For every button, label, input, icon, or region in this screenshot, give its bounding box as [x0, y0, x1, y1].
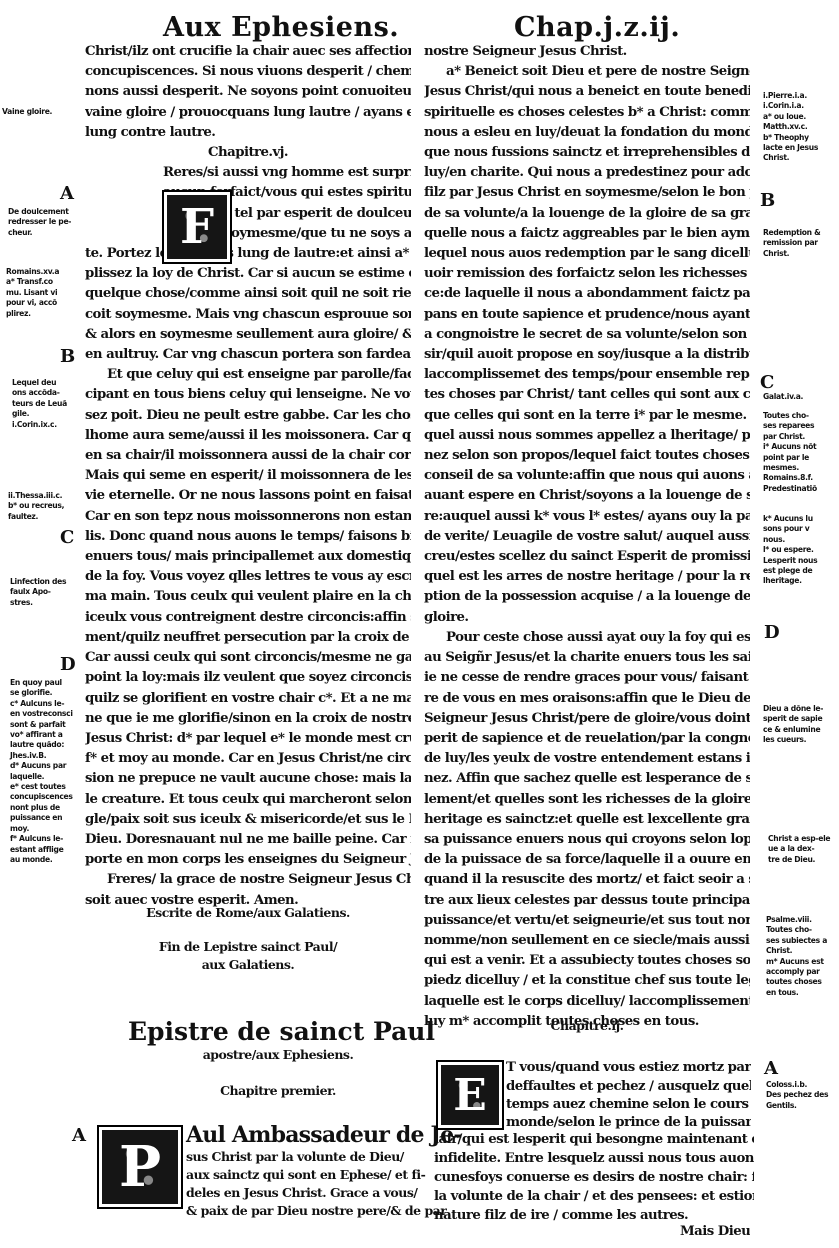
section-marker-d: D: [60, 654, 76, 675]
text-line: nous a esleu en luy/deuat la fondation d…: [424, 123, 750, 143]
text-line: temps auez chemine selon le cours de ce: [506, 1096, 751, 1114]
text-line: quand il la resuscite des mortz/ et faic…: [424, 870, 750, 890]
text-line: Jesus Christ: d* par lequel e* le monde …: [85, 729, 411, 749]
text-line: infidelite. Entre lesquelz aussi nous to…: [434, 1149, 754, 1168]
text-line: coit soymesme. Mais vng chascun esprouue…: [85, 305, 411, 325]
margin-note-romains: Romains.xv.aa* Transf.comu. Lisant vipou…: [6, 267, 59, 319]
dropcap-p-illuminated: P: [97, 1125, 183, 1209]
dropcap-letter: P: [119, 1134, 161, 1200]
text-line: aux sainctz qui sont en Ephese/ et fi-: [186, 1166, 421, 1184]
text-line: gloire.: [424, 608, 750, 628]
chapter-heading-premier: Chapitre premier.: [128, 1082, 428, 1100]
section-marker-c: C: [760, 372, 774, 393]
section-marker-a: A: [764, 1058, 778, 1079]
text-line: sir/quil auoit propose en soy/iusque a l…: [424, 345, 750, 365]
text-line: T vous/quand vous estiez mortz par voz: [506, 1058, 751, 1078]
text-line: vaine gloire / prouocquans lung lautre /…: [85, 103, 411, 123]
text-line: sion ne prepuce ne vault aucune chose: m…: [85, 769, 411, 789]
chapter-heading-ij: Chapitre.ij.: [424, 1017, 750, 1035]
running-head-left: Aux Ephesiens.: [163, 12, 399, 43]
text-line: laquelle est le corps dicelluy/ laccompl…: [424, 992, 750, 1012]
colophon-end-galatians-2: aux Galatiens.: [85, 956, 411, 974]
text-line: lequel nous auos redemption par le sang …: [424, 244, 750, 264]
text-line: nez selon son propos/lequel faict toutes…: [424, 446, 750, 466]
text-line: quelque chose/comme ainsi soit quil ne s…: [85, 284, 411, 304]
colophon-end-galatians: Fin de Lepistre sainct Paul/: [85, 938, 411, 956]
text-line: ne que ie me glorifie/sinon en la croix …: [85, 709, 411, 729]
text-line: de sa volunte/a la louenge de la gloire …: [424, 204, 750, 224]
text-line: quilz se glorifient en vostre chair c*. …: [85, 689, 411, 709]
section-marker-c: C: [60, 527, 74, 548]
epistle-subtitle: apostre/aux Ephesiens.: [128, 1046, 428, 1064]
text-line: Freres/ la grace de nostre Seigneur Jesu…: [85, 870, 411, 890]
text-line: lis. Donc quand nous auons le temps/ fai…: [85, 527, 411, 547]
text-line: conseil de sa volunte:affin que nous qui…: [424, 466, 750, 486]
text-line: nez. Affin que sachez quelle est lespera…: [424, 769, 750, 789]
text-line: cunesfoys conuerse es desirs de nostre c…: [434, 1168, 754, 1187]
text-line: Jesus Christ/qui nous a beneict en toute…: [424, 82, 750, 102]
text-line: a* Beneict soit Dieu et pere de nostre S…: [424, 62, 750, 82]
section-marker-a: A: [60, 183, 74, 204]
text-line: Reres/si aussi vng homme est surprins en: [163, 163, 411, 183]
text-line: pans en toute sapience et prudence/nous …: [424, 305, 750, 325]
text-line: a congnoistre le secret de sa volunte/se…: [424, 325, 750, 345]
text-line: re de vous en mes oraisons:affin que le …: [424, 689, 750, 709]
margin-note-galat: Galat.iv.a.: [763, 392, 803, 402]
right-column: nostre Seigneur Jesus Christ. a* Beneict…: [424, 42, 750, 1032]
text-line: que celles qui sont en la terre i* par l…: [424, 406, 750, 426]
text-line: tre aux lieux celestes par dessus toute …: [424, 891, 750, 911]
text-line: de verite/ Leuagile de vostre salut/ auq…: [424, 527, 750, 547]
text-line: quel aussi nous sommes appellez a lherit…: [424, 426, 750, 446]
text-line: la volunte de la chair / et des pensees:…: [434, 1187, 754, 1206]
text-line: de la puissace de sa force/laquelle il a…: [424, 850, 750, 870]
margin-note-aucuns-lisons: k* Aucuns lusons pour vnous.l* ou espere…: [763, 514, 817, 587]
margin-note-linfection: Linfection desfaulx Apo-stres.: [10, 577, 66, 608]
margin-note-vaine-gloire: Vaine gloire.: [2, 107, 52, 117]
margin-note-psalme: Psalme.viii.Toutes cho-ses subiectes aCh…: [766, 915, 827, 998]
text-line: enuers tous/ mais principallemet aux dom…: [85, 547, 411, 567]
opening-line-large: Aul Ambassadeur de Je-: [186, 1122, 462, 1148]
dropcap-f-illuminated: F: [162, 190, 232, 264]
text-line: porte en mon corps les enseignes du Seig…: [85, 850, 411, 870]
catchword: Mais Dieu: [680, 1222, 750, 1242]
text-line: luy/en charite. Qui nous a predestinez p…: [424, 163, 750, 183]
text-line: creu/estes scellez du sainct Esperit de …: [424, 547, 750, 567]
text-line: en aultruy. Car vng chascun portera son …: [85, 345, 411, 365]
section-marker-b: B: [760, 190, 775, 211]
text-line: ma main. Tous ceulx qui veulent plaire e…: [85, 587, 411, 607]
section-marker-d: D: [764, 622, 780, 643]
text-line: deffaultes et pechez / ausquelz quelque: [506, 1078, 751, 1096]
text-line: que nous fussions sainctz et irreprehens…: [424, 143, 750, 163]
section-marker-a2: A: [72, 1125, 86, 1146]
text-line: perit de sapience et de reuelation/par l…: [424, 729, 750, 749]
text-line: nomme/non seullement en ce siecle/mais a…: [424, 931, 750, 951]
text-line: piedz dicelluy / et la constitue chef su…: [424, 971, 750, 991]
text-line: gle/paix soit sus iceulx & misericorde/e…: [85, 810, 411, 830]
text-line: nostre Seigneur Jesus Christ.: [424, 42, 750, 62]
left-column: Christ/ilz ont crucifie la chair auec se…: [85, 42, 411, 911]
text-line: le creature. Et tous ceulx qui marcheron…: [85, 790, 411, 810]
text-line: Seigneur Jesus Christ/pere de gloire/vou…: [424, 709, 750, 729]
margin-note-en-quoy: En quoy paulse glorifie.c* Aulcuns le-en…: [10, 678, 73, 865]
text-line: quel est les arres de nostre heritage / …: [424, 567, 750, 587]
margin-note-thessa: ii.Thessa.iii.c.b* ou recreus,faultez.: [8, 491, 64, 522]
text-line: lair/qui est lesperit qui besongne maint…: [434, 1130, 754, 1149]
text-line: concupiscences. Si nous viuons desperit …: [85, 62, 411, 82]
margin-note-dieu-a-donne: Dieu a dõne le-sperit de sapiece & enlum…: [763, 704, 823, 746]
text-line: sa puissance enuers nous qui croyons sel…: [424, 830, 750, 850]
text-line: Car aussi ceulx qui sont circoncis/mesme…: [85, 648, 411, 668]
text-line: Car en son tepz nous moissonnerons non e…: [85, 507, 411, 527]
text-line: filz par Jesus Christ en soymesme/selon …: [424, 183, 750, 203]
dropcap-letter: F: [180, 199, 214, 255]
text-line: au Seigñr Jesus/et la charite enuers tou…: [424, 648, 750, 668]
text-line: de la foy. Vous voyez qlles lettres te v…: [85, 567, 411, 587]
text-line: Christ/ilz ont crucifie la chair auec se…: [85, 42, 411, 62]
colophon-written-from-rome: Escrite de Rome/aux Galatiens.: [85, 904, 411, 922]
text-line: Dieu. Doresnauant nul ne me baille peine…: [85, 830, 411, 850]
text-line: ment/quilz neuffret persecution par la c…: [85, 628, 411, 648]
text-line: iceulx vous contreignent destre circonci…: [85, 608, 411, 628]
text-line: Et que celuy qui est enseigne par paroll…: [85, 365, 411, 385]
text-line: spirituelle es choses celestes b* a Chri…: [424, 103, 750, 123]
text-line: auant espere en Christ/soyons a la louen…: [424, 486, 750, 506]
margin-note-coloss: Coloss.i.b.Des pechez desGentils.: [766, 1080, 828, 1111]
text-line: plissez la loy de Christ. Car si aucun s…: [85, 264, 411, 284]
margin-note-toutes-choses: Toutes cho-ses repareespar Christ.i* Auc…: [763, 411, 817, 494]
text-line: & alors en soymesme seullement aura gloi…: [85, 325, 411, 345]
text-line: deles en Jesus Christ. Grace a vous/: [186, 1184, 421, 1202]
text-line: de luy/les yeulx de vostre entendement e…: [424, 749, 750, 769]
margin-note-pierre: i.Pierre.i.a.i.Corin.i.a.a* ou loue.Matt…: [763, 91, 818, 164]
margin-note-doulcement: De doulcementredresser le pe-cheur.: [8, 207, 71, 238]
dropcap-letter: E: [453, 1070, 487, 1121]
text-line: point la loy:mais ilz veulent que soyez …: [85, 668, 411, 688]
text-line: Mais qui seme en esperit/ il moissonnera…: [85, 466, 411, 486]
text-line: ie ne cesse de rendre graces pour vous/ …: [424, 668, 750, 688]
text-line: heritage es sainctz:et quelle est lexcel…: [424, 810, 750, 830]
dropcap-e-illuminated: E: [436, 1060, 504, 1130]
margin-note-christ-exalte: Christ a esp-eleue a la dex-tre de Dieu.: [768, 834, 830, 865]
text-line: te. Portez les charges lung de lautre:et…: [85, 244, 411, 264]
text-line: uoir remission des forfaictz selon les r…: [424, 264, 750, 284]
text-line: cipant en tous biens celuy qui lenseigne…: [85, 385, 411, 405]
text-line: ption de la possession acquise / a la lo…: [424, 587, 750, 607]
text-line: en sa chair/il moissonnera aussi de la c…: [85, 446, 411, 466]
text-line: f* et moy au monde. Car en Jesus Christ/…: [85, 749, 411, 769]
text-line: nons aussi desperit. Ne soyons point con…: [85, 82, 411, 102]
text-line: re:auquel aussi k* vous l* estes/ ayans …: [424, 507, 750, 527]
text-line: puissance/et vertu/et seigneurie/et sus …: [424, 911, 750, 931]
book-page: Aux Ephesiens. Chap.j.z.ij. Christ/ilz o…: [0, 0, 839, 1248]
text-line: sus Christ par la volunte de Dieu/: [186, 1148, 421, 1166]
text-line: laccomplissemet des temps/pour ensemble …: [424, 365, 750, 385]
text-line: ce:de laquelle il nous a abondamment fai…: [424, 284, 750, 304]
text-line: lung contre lautre.: [85, 123, 411, 143]
running-head-right: Chap.j.z.ij.: [514, 12, 680, 43]
text-line: & paix de par Dieu nostre pere/& de par: [186, 1202, 421, 1220]
text-line: lhome aura seme/aussi il les moissonera.…: [85, 426, 411, 446]
margin-note-lequel: Lequel deuons accõda-teurs de Leuãgile.i…: [12, 378, 67, 430]
text-line: sez poit. Dieu ne peult estre gabbe. Car…: [85, 406, 411, 426]
epistle-title: Epistre de sainct Paul: [128, 1017, 428, 1046]
chapter-heading-vj: Chapitre.vj.: [85, 143, 411, 163]
text-line: Pour ceste chose aussi ayat ouy la foy q…: [424, 628, 750, 648]
text-line: qui est a venir. Et a assubiecty toutes …: [424, 951, 750, 971]
section-marker-b: B: [60, 346, 75, 367]
text-line: quelle nous a faictz aggreables par le b…: [424, 224, 750, 244]
text-line: lement/et quelles sont les richesses de …: [424, 790, 750, 810]
text-line: vie eternelle. Or ne nous lassons point …: [85, 486, 411, 506]
text-line: tes choses par Christ/ tant celles qui s…: [424, 385, 750, 405]
margin-note-redemption: Redemption &remission parChrist.: [763, 228, 820, 259]
